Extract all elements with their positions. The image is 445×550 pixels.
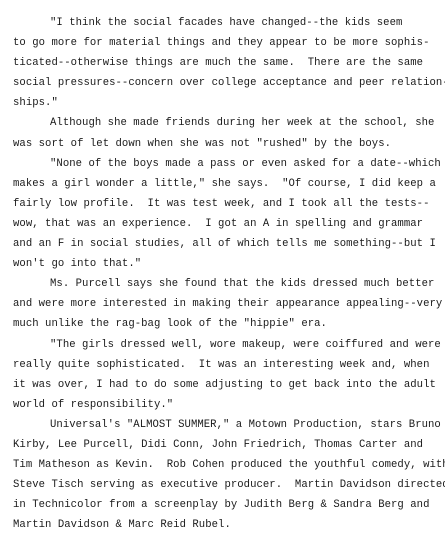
text-line: "The girls dressed well, wore makeup, we… (13, 335, 438, 355)
paragraph-4: Ms. Purcell says she found that the kids… (13, 274, 438, 334)
text-line: "I think the social facades have changed… (13, 13, 438, 33)
text-line: wow, that was an experience. I got an A … (13, 214, 438, 234)
text-line: was sort of let down when she was not "r… (13, 134, 438, 154)
paragraph-6: Universal's "ALMOST SUMMER," a Motown Pr… (13, 415, 438, 536)
paragraph-1: "I think the social facades have changed… (13, 13, 438, 113)
text-line: Steve Tisch serving as executive produce… (13, 475, 438, 495)
paragraph-2: Although she made friends during her wee… (13, 113, 438, 153)
text-line: world of responsibility." (13, 395, 438, 415)
text-line: fairly low profile. It was test week, an… (13, 194, 438, 214)
text-line: Martin Davidson & Marc Reid Rubel. (13, 515, 438, 535)
paragraph-3: "None of the boys made a pass or even as… (13, 154, 438, 275)
document-page: "I think the social facades have changed… (13, 13, 438, 535)
text-line: and were more interested in making their… (13, 294, 438, 314)
text-line: Tim Matheson as Kevin. Rob Cohen produce… (13, 455, 438, 475)
text-line: makes a girl wonder a little," she says.… (13, 174, 438, 194)
text-line: Kirby, Lee Purcell, Didi Conn, John Frie… (13, 435, 438, 455)
text-line: "None of the boys made a pass or even as… (13, 154, 438, 174)
text-line: social pressures--concern over college a… (13, 73, 438, 93)
text-line: it was over, I had to do some adjusting … (13, 375, 438, 395)
text-line: ticated--otherwise things are much the s… (13, 53, 438, 73)
text-line: ships." (13, 93, 438, 113)
text-line: won't go into that." (13, 254, 438, 274)
text-line: to go more for material things and they … (13, 33, 438, 53)
text-line: Although she made friends during her wee… (13, 113, 438, 133)
paragraph-5: "The girls dressed well, wore makeup, we… (13, 335, 438, 415)
text-line: Universal's "ALMOST SUMMER," a Motown Pr… (13, 415, 438, 435)
text-line: in Technicolor from a screenplay by Judi… (13, 495, 438, 515)
text-line: Ms. Purcell says she found that the kids… (13, 274, 438, 294)
text-line: and an F in social studies, all of which… (13, 234, 438, 254)
text-line: much unlike the rag-bag look of the "hip… (13, 314, 438, 334)
text-line: really quite sophisticated. It was an in… (13, 355, 438, 375)
